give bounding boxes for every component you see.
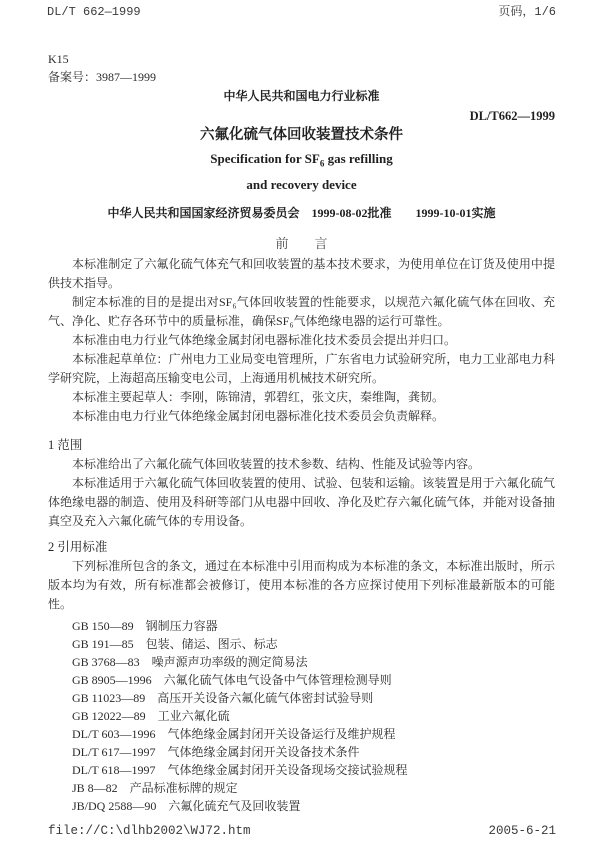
foreword-heading: 前 言 bbox=[48, 236, 555, 251]
section-1-paragraph: 本标准适用于六氟化硫气体回收装置的使用、试验、包装和运输。该装置是用于六氟化硫气… bbox=[48, 474, 555, 531]
doc-class-code: K15 bbox=[48, 51, 555, 67]
reference-item: GB 8905—1996 六氟化硫气体电气设备中气体管理检测导则 bbox=[48, 671, 555, 689]
section-2-heading: 2 引用标准 bbox=[48, 539, 555, 555]
print-header-page-number: 页码，1/6 bbox=[498, 5, 556, 19]
print-footer: file://C:\dlhb2002\WJ72.htm 2005-6-21 bbox=[48, 824, 556, 839]
approval-line: 中华人民共和国国家经济贸易委员会 1999-08-02批准 1999-10-01… bbox=[48, 206, 555, 220]
section-2-paragraph: 下列标准所包含的条文，通过在本标准中引用而构成为本标准的条文，本标准出版时，所示… bbox=[48, 557, 555, 614]
foreword-paragraph: 本标准起草单位：广州电力工业局变电管理所，广东省电力试验研究所，电力工业部电力科… bbox=[48, 350, 555, 388]
document-content: K15 备案号：3987—1999 中华人民共和国电力行业标准 DL/T662—… bbox=[0, 51, 600, 815]
title-english-prefix: Specification for SF bbox=[210, 151, 320, 166]
reference-item: DL/T 618—1997 气体绝缘金属封闭开关设备现场交接试验规程 bbox=[48, 761, 555, 779]
reference-item: DL/T 617—1997 气体绝缘金属封闭开关设备技术条件 bbox=[48, 743, 555, 761]
reference-item: GB 150—89 钢制压力容器 bbox=[48, 617, 555, 635]
title-english-line1: Specification for SF6 gas refilling bbox=[48, 150, 555, 173]
title-chinese: 六氟化硫气体回收装置技术条件 bbox=[48, 127, 555, 144]
section-1-paragraph: 本标准给出了六氟化硫气体回收装置的技术参数、结构、性能及试验等内容。 bbox=[48, 455, 555, 474]
document-page: DL/T 662—1999 页码，1/6 K15 备案号：3987—1999 中… bbox=[0, 0, 600, 849]
foreword-paragraph: 本标准由电力行业气体绝缘金属封闭电器标准化技术委员会负责解释。 bbox=[48, 407, 555, 426]
foreword-paragraph: 制定本标准的目的是提出对SF₆气体回收装置的性能要求，以规范六氟化硫气体在回收、… bbox=[48, 293, 555, 331]
record-number: 备案号：3987—1999 bbox=[48, 69, 555, 85]
reference-item: JB 8—82 产品标准标牌的规定 bbox=[48, 779, 555, 797]
print-footer-date: 2005-6-21 bbox=[488, 824, 556, 839]
standard-category-title: 中华人民共和国电力行业标准 bbox=[48, 89, 555, 104]
reference-item: GB 11023—89 高压开关设备六氟化硫气体密封试验导则 bbox=[48, 689, 555, 707]
reference-item: GB 3768—83 噪声源声功率级的测定简易法 bbox=[48, 653, 555, 671]
foreword-paragraph: 本标准主要起草人：李刚，陈锦清，郭碧红，张文庆，秦维陶，龚韧。 bbox=[48, 388, 555, 407]
reference-list: GB 150—89 钢制压力容器 GB 191—85 包装、储运、图示、标志 G… bbox=[48, 617, 555, 815]
reference-item: DL/T 603—1996 气体绝缘金属封闭开关设备运行及维护规程 bbox=[48, 725, 555, 743]
foreword-paragraph: 本标准由电力行业气体绝缘金属封闭电器标准化技术委员会提出并归口。 bbox=[48, 331, 555, 350]
reference-item: JB/DQ 2588—90 六氟化硫充气及回收装置 bbox=[48, 797, 555, 815]
title-english-suffix: gas refilling bbox=[324, 151, 392, 166]
reference-item: GB 191—85 包装、储运、图示、标志 bbox=[48, 635, 555, 653]
standard-number: DL/T662—1999 bbox=[48, 109, 555, 124]
print-footer-file-url: file://C:\dlhb2002\WJ72.htm bbox=[48, 824, 251, 839]
foreword-paragraph: 本标准制定了六氟化硫气体充气和回收装置的基本技术要求，为使用单位在订货及使用中提… bbox=[48, 255, 555, 293]
reference-item: GB 12022—89 工业六氟化硫 bbox=[48, 707, 555, 725]
title-english-line2: and recovery device bbox=[48, 176, 555, 193]
print-header-standard-number: DL/T 662—1999 bbox=[47, 5, 141, 19]
print-header: DL/T 662—1999 页码，1/6 bbox=[0, 0, 600, 19]
section-1-heading: 1 范围 bbox=[48, 437, 555, 453]
